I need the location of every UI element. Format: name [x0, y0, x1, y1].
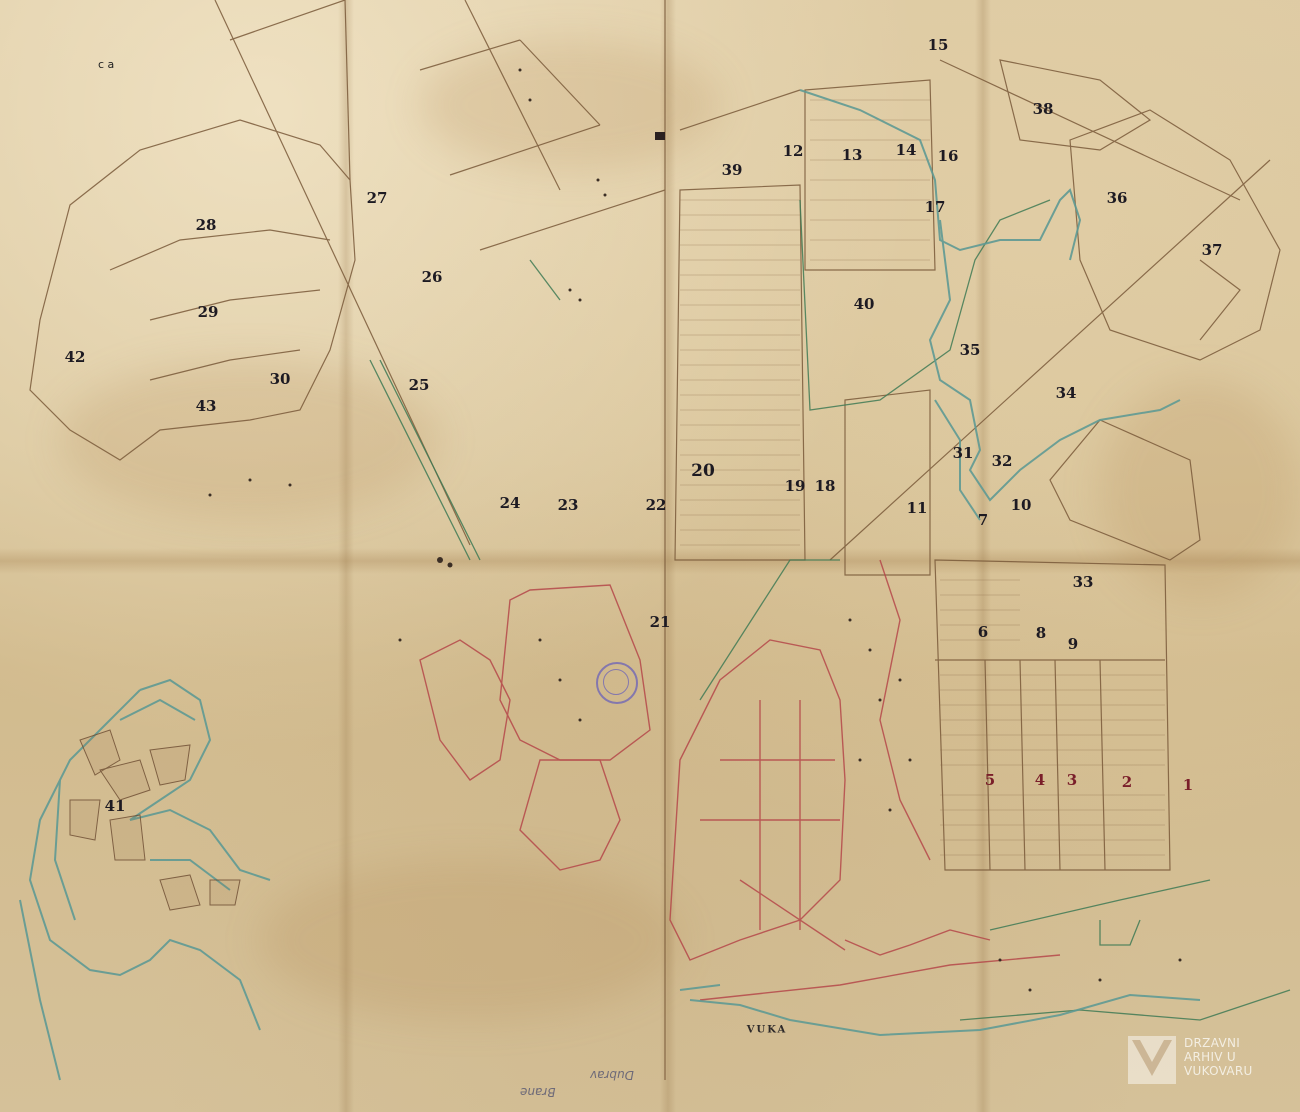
watermark-line-2: ARHIV U: [1184, 1050, 1253, 1064]
parcel-label-15: 15: [928, 36, 949, 54]
parcel-label-29: 29: [198, 303, 219, 321]
parcel-label-19: 19: [785, 477, 806, 495]
parcel-label-36: 36: [1107, 189, 1128, 207]
parcel-label-37: 37: [1202, 241, 1223, 259]
parcel-label-31: 31: [953, 444, 974, 462]
parcel-label-7: 7: [978, 511, 988, 529]
river-label-vuka: VUKA: [747, 1025, 788, 1036]
parcel-label-38: 38: [1033, 100, 1054, 118]
parcel-label-39: 39: [722, 161, 743, 179]
cadastral-map-drawing: [0, 0, 1300, 1112]
parcel-label-42: 42: [65, 348, 86, 366]
pencil-note: Dubrav: [590, 1068, 634, 1082]
parcel-label-30: 30: [270, 370, 291, 388]
parcel-label-12: 12: [783, 142, 804, 160]
parcel-label-41: 41: [105, 797, 126, 815]
parcel-label-20: 20: [691, 461, 715, 481]
parcel-label-24: 24: [500, 494, 521, 512]
parcel-label-9: 9: [1068, 635, 1078, 653]
parcel-label-1: 1: [1183, 776, 1193, 794]
parcel-label-11: 11: [907, 499, 928, 517]
parcel-label-40: 40: [854, 295, 875, 313]
parcel-label-34: 34: [1056, 384, 1077, 402]
watermark-line-3: VUKOVARU: [1184, 1064, 1253, 1078]
parcel-label-21: 21: [650, 613, 671, 631]
watermark-line-1: DRZAVNI: [1184, 1036, 1253, 1050]
parcel-label-17: 17: [925, 198, 946, 216]
parcel-label-3: 3: [1067, 771, 1077, 789]
archive-logo-icon: [1128, 1036, 1176, 1084]
archive-stamp: [596, 662, 638, 704]
parcel-label-27: 27: [367, 189, 388, 207]
archive-watermark: DRZAVNI ARHIV U VUKOVARU: [1128, 1036, 1253, 1084]
parcel-label-26: 26: [422, 268, 443, 286]
parcel-label-18: 18: [815, 477, 836, 495]
parcel-label-6: 6: [978, 623, 988, 641]
parcel-label-22: 22: [646, 496, 667, 514]
parcel-label-25: 25: [409, 376, 430, 394]
parcel-label-35: 35: [960, 341, 981, 359]
parcel-label-5: 5: [985, 771, 995, 789]
corner-mark: c a: [98, 58, 114, 71]
parcel-label-8: 8: [1036, 624, 1046, 642]
pencil-note: Brane: [520, 1085, 556, 1099]
parcel-label-43: 43: [196, 397, 217, 415]
parcel-label-13: 13: [842, 146, 863, 164]
parcel-label-28: 28: [196, 216, 217, 234]
parcel-label-10: 10: [1011, 496, 1032, 514]
parcel-label-2: 2: [1122, 773, 1132, 791]
parcel-label-14: 14: [896, 141, 917, 159]
parcel-label-33: 33: [1073, 573, 1094, 591]
parcel-label-16: 16: [938, 147, 959, 165]
parcel-label-23: 23: [558, 496, 579, 514]
parcel-label-32: 32: [992, 452, 1013, 470]
parcel-label-4: 4: [1035, 771, 1045, 789]
